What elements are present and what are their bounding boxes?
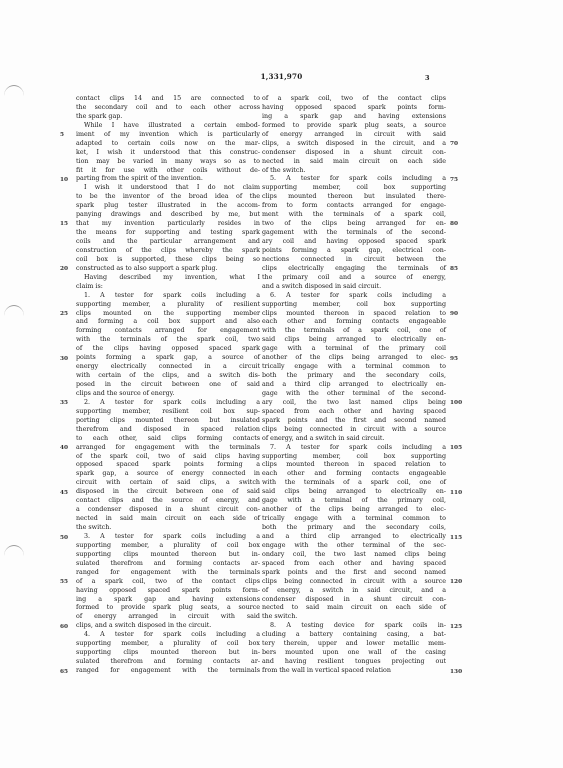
- text-line: ranged for engagement with the terminals: [76, 569, 260, 578]
- line-number: 65: [60, 669, 68, 675]
- right-text-column: of a spark coil, two of the contact clip…: [262, 95, 446, 676]
- text-line: having opposed spaced spark points form-: [262, 104, 446, 113]
- text-line: of the clips having opposed spaced spark: [76, 345, 260, 354]
- line-number: 130: [450, 669, 462, 675]
- text-line: therefrom and disposed in spaced relatio…: [76, 426, 260, 435]
- text-line: points forming a spark gap, electrical c…: [262, 247, 446, 256]
- text-line: both the primary and the secondary coils…: [262, 372, 446, 381]
- text-line: gage with a terminal of the primary coil: [262, 345, 446, 354]
- text-line: contact clips 14 and 15 are connected to: [76, 95, 260, 104]
- line-number: 110: [450, 490, 462, 496]
- text-line: said clips being arranged to electricall…: [262, 488, 446, 497]
- punch-hole-mark: [4, 545, 24, 556]
- line-number: 45: [60, 490, 68, 496]
- text-line: spark plug tester illustrated in the acc…: [76, 202, 260, 211]
- text-line: cluding a battery containing casing, a b…: [262, 631, 446, 640]
- text-line: claim is:: [76, 283, 260, 292]
- text-line: that my invention particularly resides i…: [76, 220, 260, 229]
- line-number: 20: [60, 266, 68, 272]
- text-line: contact clips and the source of energy, …: [76, 497, 260, 506]
- text-line: having opposed spaced spark points form-: [76, 587, 260, 596]
- text-line: and having resilient tongues projecting …: [262, 658, 446, 667]
- text-line: 8. A testing device for spark coils in-: [262, 622, 446, 631]
- text-line: gage with a terminal of the primary coil…: [262, 497, 446, 506]
- text-line: supporting clips mounted thereon but in-: [76, 551, 260, 560]
- text-line: disposed in the circuit between one of s…: [76, 488, 260, 497]
- text-line: with the terminals of the spark coil, tw…: [76, 336, 260, 345]
- text-line: 1. A tester for spark coils including a: [76, 292, 260, 301]
- text-line: with the terminals of a spark coil, one …: [262, 479, 446, 488]
- left-text-column: contact clips 14 and 15 are connected to…: [76, 95, 260, 676]
- text-line: supporting member, coil box supporting: [262, 184, 446, 193]
- text-line: supporting member, a plurality of resili…: [76, 301, 260, 310]
- text-line: with the terminals of a spark coil, one …: [262, 327, 446, 336]
- text-line: nections connected in circuit between th…: [262, 256, 446, 265]
- text-line: gagement with the terminals of the secon…: [262, 229, 446, 238]
- line-number: 10: [60, 177, 68, 183]
- text-line: the secondary coil and to each other acr…: [76, 104, 260, 113]
- text-line: of a spark coil, two of the contact clip…: [262, 95, 446, 104]
- line-number: 25: [60, 311, 68, 317]
- punch-hole-mark: [4, 85, 24, 96]
- text-line: two of the clips being arranged for en-: [262, 220, 446, 229]
- text-line: with certain of the clips, and a switch …: [76, 372, 260, 381]
- text-line: ing a spark gap and having extensions: [262, 113, 446, 122]
- text-line: and a third clip arranged to electricall…: [262, 381, 446, 390]
- text-line: sulated therefrom and forming contacts a…: [76, 560, 260, 569]
- text-line: construction of the clips whereby the sp…: [76, 247, 260, 256]
- text-line: tion may be varied in many ways so as to: [76, 158, 260, 167]
- punch-hole-mark: [4, 305, 24, 316]
- line-number: 115: [450, 535, 462, 541]
- text-line: porting clips mounted thereon but insula…: [76, 417, 260, 426]
- patent-page: 1,331,970 3 contact clips 14 and 15 are …: [0, 0, 563, 768]
- text-line: forming contacts arranged for engagement: [76, 327, 260, 336]
- text-line: trically engage with a terminal common t…: [262, 363, 446, 372]
- text-line: ket, I wish it understood that this cons…: [76, 149, 260, 158]
- text-line: 4. A tester for spark coils including a: [76, 631, 260, 640]
- text-line: said clips being arranged to electricall…: [262, 336, 446, 345]
- text-line: adapted to certain coils now on the mar-: [76, 140, 260, 149]
- text-line: iment of my invention which is particula…: [76, 131, 260, 140]
- text-line: 6. A tester for spark coils including a: [262, 292, 446, 301]
- text-line: nected in said main circuit on each side…: [76, 515, 260, 524]
- text-line: points forming a spark gap, a source of: [76, 354, 260, 363]
- line-number: 40: [60, 445, 68, 451]
- line-number: 85: [450, 266, 458, 272]
- text-line: constructed as to also support a spark p…: [76, 265, 260, 274]
- text-line: clips, a switch disposed in the circuit,…: [262, 140, 446, 149]
- text-line: the switch.: [76, 524, 260, 533]
- text-line: ary coil and having opposed spaced spark: [262, 238, 446, 247]
- text-line: supporting member, a plurality of coil b…: [76, 640, 260, 649]
- text-line: clips mounted thereon but insulated ther…: [262, 193, 446, 202]
- text-line: and a switch disposed in said circuit.: [262, 283, 446, 292]
- line-number: 60: [60, 624, 68, 630]
- text-line: spark gap, a source of energy connected …: [76, 470, 260, 479]
- line-number: 75: [450, 177, 458, 183]
- text-line: While I have illustrated a certain embod…: [76, 122, 260, 131]
- line-number: 125: [450, 624, 462, 630]
- patent-number: 1,331,970: [0, 72, 563, 81]
- text-line: of a spark coil, two of the contact clip…: [76, 578, 260, 587]
- text-line: both the primary and the secondary coils…: [262, 524, 446, 533]
- text-line: to be the inventor of the broad idea of …: [76, 193, 260, 202]
- text-line: clips being connected in circuit with a …: [262, 426, 446, 435]
- text-line: coil box is supported, these clips being…: [76, 256, 260, 265]
- text-line: and a third clip arranged to electricall…: [262, 533, 446, 542]
- text-line: spaced from each other and having spaced: [262, 408, 446, 417]
- text-line: bers mounted upon one wall of the casing: [262, 649, 446, 658]
- text-line: from to form contacts arranged for engag…: [262, 202, 446, 211]
- text-line: Having described my invention, what I: [76, 274, 260, 283]
- text-line: panying drawings and described by me, bu…: [76, 211, 260, 220]
- text-line: the means for supporting and testing spa…: [76, 229, 260, 238]
- text-line: arranged for engagement with the termina…: [76, 444, 260, 453]
- text-line: spark points and the first and second na…: [262, 417, 446, 426]
- text-line: another of the clips being arranged to e…: [262, 354, 446, 363]
- text-line: circuit with certain of said clips, a sw…: [76, 479, 260, 488]
- text-line: clips being connected in circuit with a …: [262, 578, 446, 587]
- line-number: 90: [450, 311, 458, 317]
- text-line: spaced from each other and having spaced: [262, 560, 446, 569]
- text-line: gage with the other terminal of the seco…: [262, 390, 446, 399]
- text-line: 3. A tester for spark coils including a: [76, 533, 260, 542]
- text-line: clips and the source of energy.: [76, 390, 260, 399]
- text-line: ary coil, the two last named clips being: [262, 399, 446, 408]
- line-number: 105: [450, 445, 462, 451]
- text-line: coils and the particular arrangement and: [76, 238, 260, 247]
- text-line: condenser disposed in a shunt circuit co…: [262, 149, 446, 158]
- text-line: engage with the other terminal of the se…: [262, 542, 446, 551]
- text-line: the switch.: [262, 613, 446, 622]
- text-line: I wish it understood that I do not claim: [76, 184, 260, 193]
- text-line: supporting clips mounted thereon but in-: [76, 649, 260, 658]
- line-number: 100: [450, 400, 462, 406]
- text-line: clips electrically engaging the terminal…: [262, 265, 446, 274]
- line-number: 50: [60, 535, 68, 541]
- text-line: nected in said main circuit on each side: [262, 158, 446, 167]
- text-line: a condenser disposed in a shunt circuit …: [76, 506, 260, 515]
- text-line: another of the clips being arranged to e…: [262, 506, 446, 515]
- line-number: 95: [450, 356, 458, 362]
- text-line: each other and forming contacts engageab…: [262, 470, 446, 479]
- text-line: ment with the terminals of a spark coil,: [262, 211, 446, 220]
- text-line: supporting member, coil box supporting: [262, 301, 446, 310]
- line-number: 70: [450, 141, 458, 147]
- line-number: 15: [60, 221, 68, 227]
- text-line: 7. A tester for spark coils including a: [262, 444, 446, 453]
- page-marker: 3: [425, 74, 430, 82]
- line-number: 30: [60, 356, 68, 362]
- line-number: 5: [60, 132, 64, 138]
- text-line: supporting member, resilient coil box su…: [76, 408, 260, 417]
- text-line: posed in the circuit between one of said: [76, 381, 260, 390]
- text-line: of energy arranged in circuit with said: [262, 131, 446, 140]
- text-line: of energy, and a switch in said circuit.: [262, 435, 446, 444]
- text-line: 2. A tester for spark coils including a: [76, 399, 260, 408]
- line-number: 80: [450, 221, 458, 227]
- line-number: 120: [450, 579, 462, 585]
- text-line: from the wall in vertical spaced relatio…: [262, 667, 446, 676]
- line-number: 55: [60, 579, 68, 585]
- text-line: spark points and the first and second na…: [262, 569, 446, 578]
- text-line: ondary coil, the two last named clips be…: [262, 551, 446, 560]
- text-line: of energy arranged in circuit with said: [76, 613, 260, 622]
- text-line: to each other, said clips forming contac…: [76, 435, 260, 444]
- text-line: trically engage with a terminal common t…: [262, 515, 446, 524]
- text-line: the primary coil and a source of energy,: [262, 274, 446, 283]
- text-line: formed to provide spark plug seats, a so…: [262, 122, 446, 131]
- text-line: of energy, a switch in said circuit, and…: [262, 587, 446, 596]
- text-line: the spark gap.: [76, 113, 260, 122]
- text-line: tery therein, upper and lower metallic m…: [262, 640, 446, 649]
- text-line: clips, and a switch disposed in the circ…: [76, 622, 260, 631]
- text-line: sulated therefrom and forming contacts a…: [76, 658, 260, 667]
- line-number: 35: [60, 400, 68, 406]
- text-line: ranged for engagement with the terminals: [76, 667, 260, 676]
- text-line: energy electrically connected in a circu…: [76, 363, 260, 372]
- text-line: supporting member, a plurality of coil b…: [76, 542, 260, 551]
